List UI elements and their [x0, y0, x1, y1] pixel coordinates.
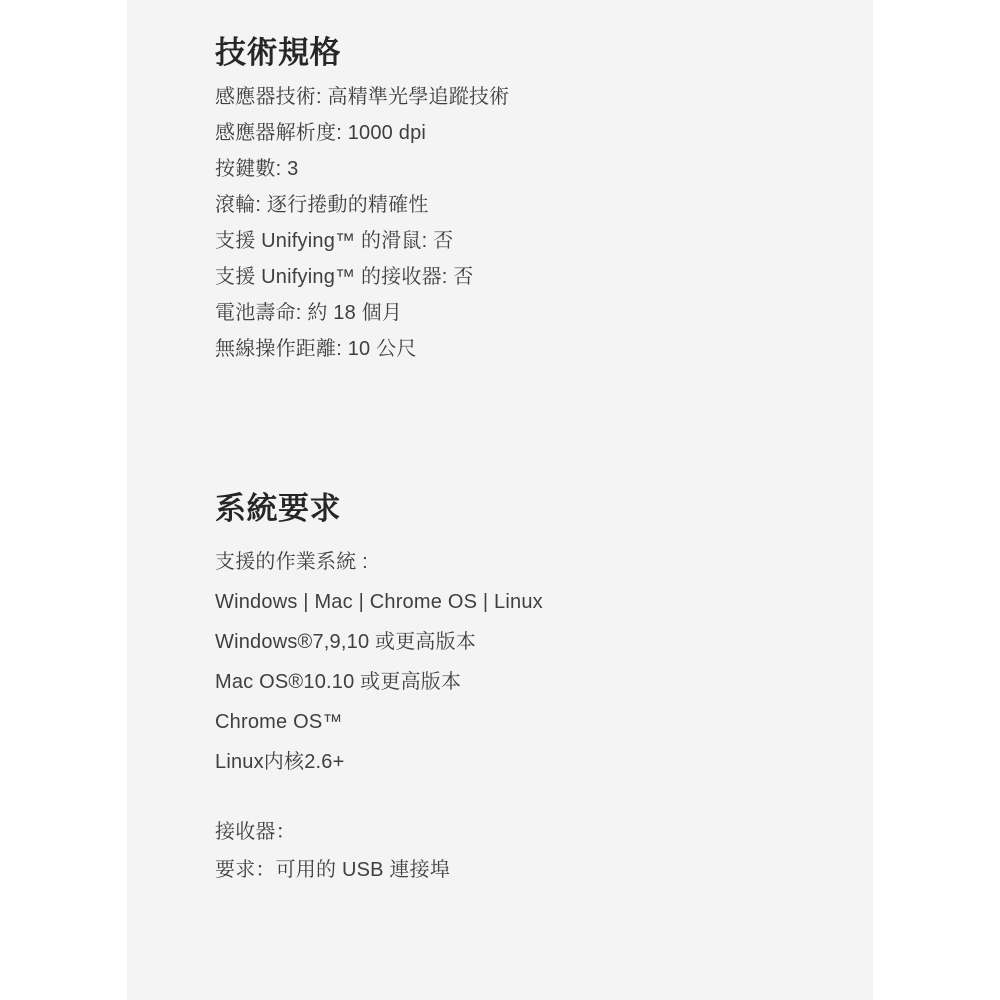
spec-battery-life: 電池壽命: 約 18 個月 — [215, 301, 833, 326]
windows-version-requirement: Windows®7,9,10 或更高版本 — [215, 630, 833, 655]
receiver-label: 接收器： — [215, 820, 833, 845]
system-requirements-section: 系統要求 支援的作業系統 : Windows | Mac | Chrome OS… — [215, 490, 833, 883]
spec-sensor-technology: 感應器技術: 高精準光學追蹤技術 — [215, 85, 833, 110]
spec-scroll-wheel: 滾輪: 逐行捲動的精確性 — [215, 193, 833, 218]
os-list: Windows | Mac | Chrome OS | Linux — [215, 590, 833, 615]
mac-version-requirement: Mac OS®10.10 或更高版本 — [215, 670, 833, 695]
spec-unifying-receiver: 支援 Unifying™ 的接收器: 否 — [215, 265, 833, 290]
tech-specs-section: 技術規格 感應器技術: 高精準光學追蹤技術 感應器解析度: 1000 dpi 按… — [215, 34, 833, 362]
tech-specs-title: 技術規格 — [215, 34, 833, 72]
spec-unifying-mouse: 支援 Unifying™ 的滑鼠: 否 — [215, 229, 833, 254]
linux-kernel-requirement: Linux内核2.6+ — [215, 750, 833, 775]
receiver-usb-requirement: 要求：可用的 USB 連接埠 — [215, 858, 833, 883]
spec-content-panel: 技術規格 感應器技術: 高精準光學追蹤技術 感應器解析度: 1000 dpi 按… — [127, 0, 873, 1000]
receiver-requirements: 接收器： 要求：可用的 USB 連接埠 — [215, 820, 833, 883]
spec-wireless-range: 無線操作距離: 10 公尺 — [215, 337, 833, 362]
spec-button-count: 按鍵數: 3 — [215, 157, 833, 182]
supported-os-label: 支援的作業系統 : — [215, 550, 833, 575]
chromeos-requirement: Chrome OS™ — [215, 710, 833, 735]
spec-sensor-resolution: 感應器解析度: 1000 dpi — [215, 121, 833, 146]
system-requirements-title: 系統要求 — [215, 490, 833, 528]
